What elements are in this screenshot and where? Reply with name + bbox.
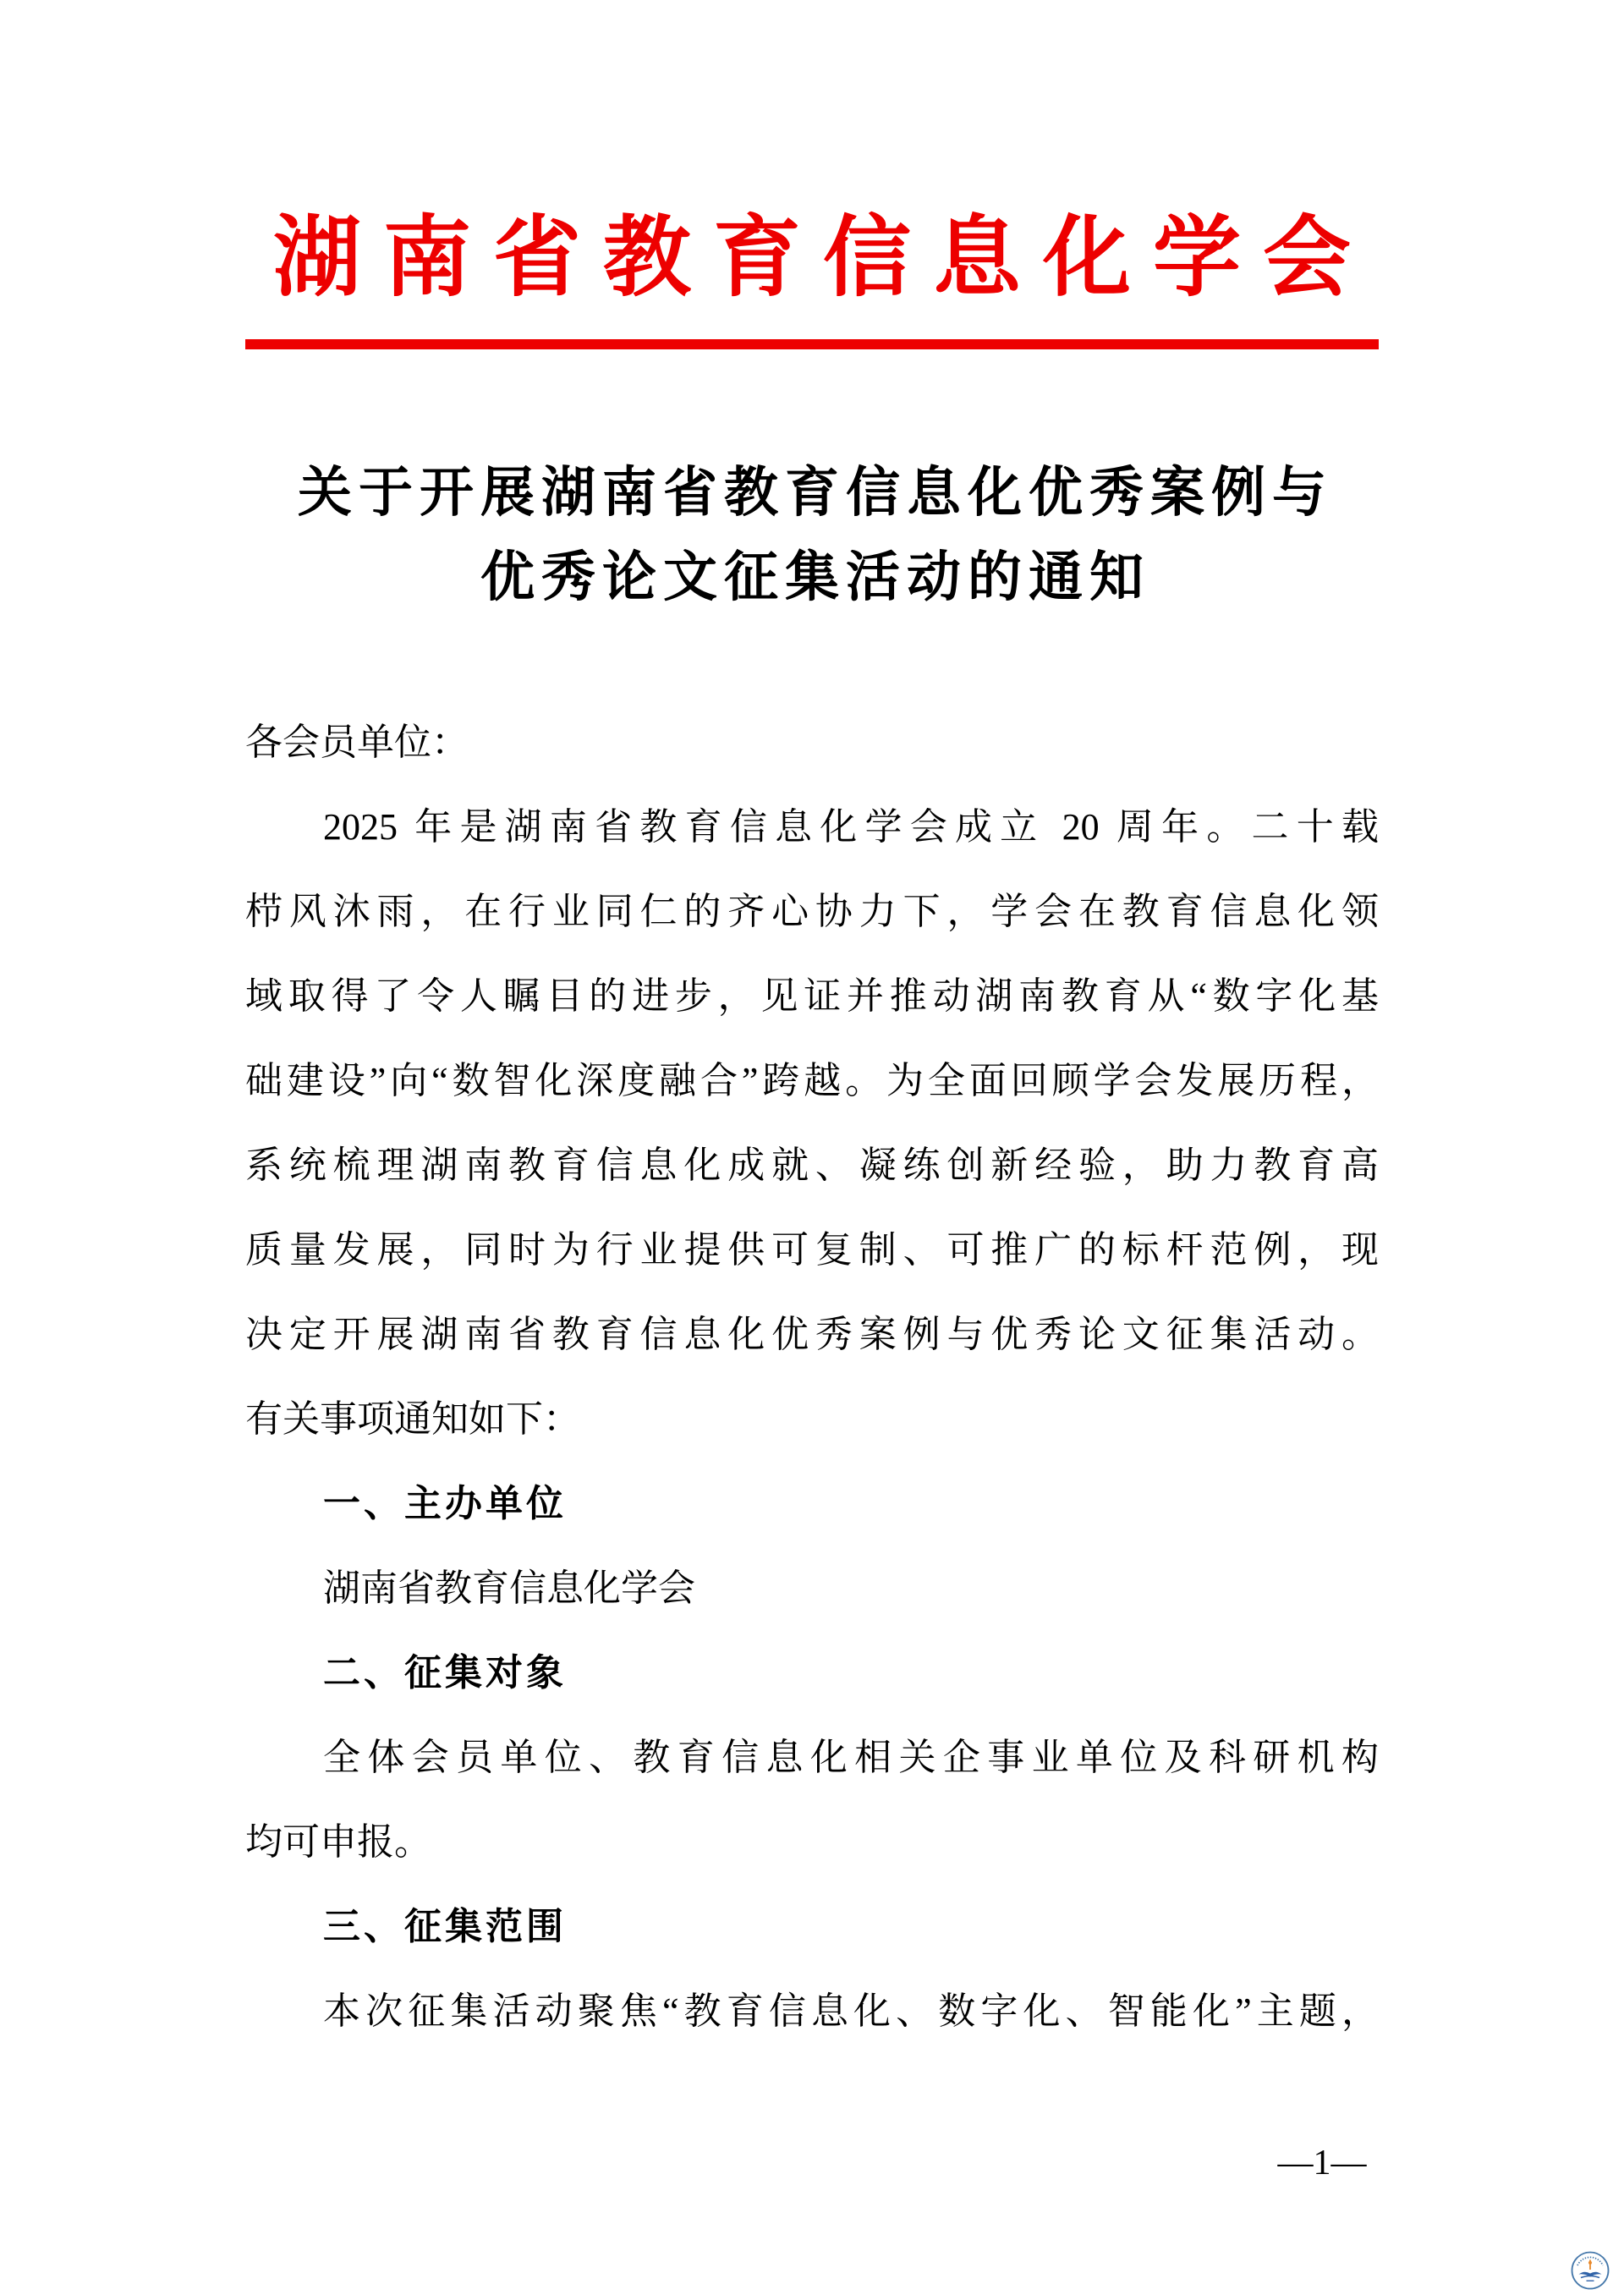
- paragraph-line: 湖南省教育信息化学会: [245, 1546, 1379, 1631]
- document-title-line-2: 优秀论文征集活动的通知: [7, 535, 1624, 620]
- paragraph-line: 质量发展，同时为行业提供可复制、可推广的标杆范例，现: [245, 1208, 1379, 1293]
- document-page: 湖南省教育信息化学会 关于开展湖南省教育信息化优秀案例与 优秀论文征集活动的通知…: [0, 0, 1624, 2295]
- masthead-rule: [245, 339, 1379, 349]
- paragraph-line: 有关事项通知如下：: [245, 1377, 1379, 1462]
- page-number: —1—: [1267, 2144, 1377, 2182]
- paragraph-line: 全体会员单位、教育信息化相关企事业单位及科研机构: [245, 1716, 1379, 1800]
- document-title-line-1: 关于开展湖南省教育信息化优秀案例与: [7, 451, 1624, 535]
- paragraph-line: 础建设”向“数智化深度融合”跨越。为全面回顾学会发展历程，: [245, 1039, 1379, 1123]
- society-seal-logo: [1571, 2251, 1610, 2290]
- salutation: 各会员单位：: [245, 700, 1379, 785]
- section-heading: 二、征集对象: [245, 1631, 1379, 1716]
- paragraph-line: 系统梳理湖南教育信息化成就、凝练创新经验，助力教育高: [245, 1123, 1379, 1208]
- paragraph-line: 栉风沐雨，在行业同仁的齐心协力下，学会在教育信息化领: [245, 870, 1379, 954]
- document-body: 各会员单位：2025 年是湖南省教育信息化学会成立 20 周年。二十载栉风沐雨，…: [245, 700, 1379, 2054]
- paragraph-line: 2025 年是湖南省教育信息化学会成立 20 周年。二十载: [245, 785, 1379, 870]
- paragraph-line: 决定开展湖南省教育信息化优秀案例与优秀论文征集活动。: [245, 1293, 1379, 1377]
- paragraph-line: 均可申报。: [245, 1800, 1379, 1885]
- section-heading: 三、征集范围: [245, 1885, 1379, 1969]
- paragraph-line: 本次征集活动聚焦“教育信息化、数字化、智能化”主题，: [245, 1969, 1379, 2054]
- document-title: 关于开展湖南省教育信息化优秀案例与 优秀论文征集活动的通知: [0, 451, 1624, 620]
- section-heading: 一、主办单位: [245, 1462, 1379, 1546]
- paragraph-line: 域取得了令人瞩目的进步，见证并推动湖南教育从“数字化基: [245, 954, 1379, 1039]
- masthead-title: 湖南省教育信息化学会: [0, 212, 1624, 305]
- society-seal-icon: [1571, 2251, 1610, 2290]
